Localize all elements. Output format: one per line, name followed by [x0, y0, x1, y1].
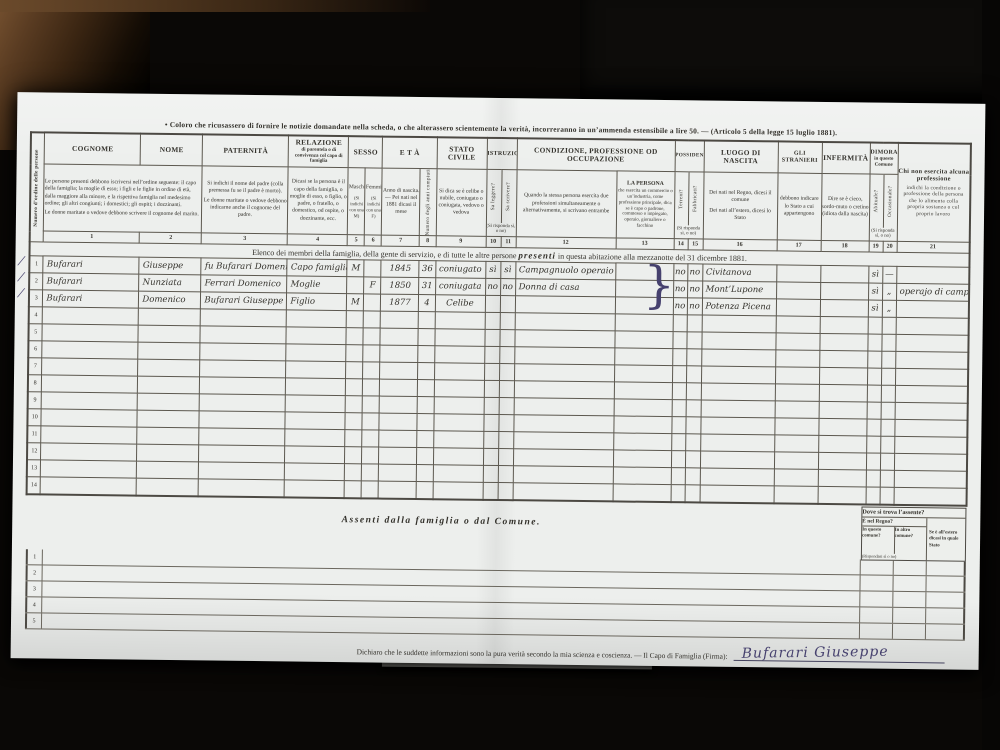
cell-occasionale: „ — [882, 301, 896, 318]
cell-abituale — [868, 317, 882, 334]
row-number: 2 — [29, 273, 43, 290]
cell-fabbricati — [686, 332, 701, 349]
cell-m — [347, 277, 364, 294]
note-maschio: Maschio (Si indichi con una M) — [348, 168, 366, 236]
column-istruzione: ISTRUZIONE — [487, 138, 517, 170]
cell-cognome — [42, 341, 138, 359]
cell-relazione — [286, 361, 346, 379]
cell-stato — [434, 397, 484, 415]
assenti-row-number: 1 — [26, 550, 43, 565]
column-number: 21 — [897, 242, 970, 254]
dark-folder — [580, 0, 1000, 110]
cell-paternita: Bufarari Giuseppe — [201, 292, 287, 310]
cell-anno: 1845 — [381, 261, 419, 278]
photo-stage: • Coloro che ricusassero di fornire le n… — [0, 0, 1000, 750]
cell-leggere — [484, 364, 499, 381]
cell-straniero — [774, 486, 818, 504]
cell-straniero — [775, 384, 819, 402]
note-relazione: Dicasi se la persona è il capo della fam… — [288, 167, 349, 235]
cell-scrivere — [499, 398, 514, 415]
cell-terreni — [672, 366, 686, 383]
cell-stato — [434, 346, 484, 364]
note-dimora: Abituale? Occasionale? (Si risponda sì, … — [869, 174, 898, 242]
absentee-this-comune: In questo comune? — [862, 527, 894, 554]
cell-anni — [418, 397, 434, 414]
cell-leggere — [483, 432, 498, 449]
cell-nascita: Potenza Picena — [702, 298, 776, 316]
cell-m: M — [347, 294, 364, 311]
cell-m — [345, 464, 362, 481]
cell-infermita — [818, 436, 866, 454]
cell-occasionale — [880, 437, 894, 454]
cell-scrivere — [498, 466, 513, 483]
cell-cond — [513, 483, 613, 502]
row-number: 1 — [29, 256, 43, 273]
cell-occasionale: — — [882, 267, 896, 284]
note-stato-civile: Si dica se è celibe o nubile, coniugato … — [436, 169, 487, 237]
cell-terreni: no — [673, 264, 687, 281]
cell-m — [345, 430, 362, 447]
cell-stato — [434, 363, 484, 381]
absentee-note: (Rispondasi sì o no) — [862, 554, 926, 561]
row-number: 5 — [28, 324, 42, 341]
cell-anni — [417, 465, 433, 482]
cell-fabbricati: no — [687, 264, 702, 281]
cell-persona — [615, 314, 673, 332]
cell-scrivere — [499, 347, 514, 364]
wood-table-edge — [0, 0, 430, 12]
column-nome: NOME — [141, 134, 203, 166]
cell-cognome — [42, 392, 138, 410]
cell-anni — [417, 482, 433, 500]
cell-leggere — [484, 398, 499, 415]
cell-terreni: no — [673, 281, 687, 298]
cell-cond — [513, 415, 613, 433]
cell-abituale — [866, 419, 880, 436]
cell-cognome — [41, 443, 137, 461]
cell-nome — [137, 411, 199, 429]
cell-cognome — [42, 375, 138, 393]
cell-fabbricati — [685, 485, 700, 503]
cell-alimenta — [896, 318, 969, 336]
cell-alimenta — [894, 437, 967, 455]
cell-anno — [379, 464, 417, 481]
cell-abituale — [867, 334, 881, 351]
cell-m — [345, 481, 362, 499]
row-number: 13 — [27, 460, 41, 477]
cell-f — [363, 328, 380, 345]
assenti-row-number: 4 — [25, 598, 42, 613]
cell-nome — [137, 462, 199, 480]
cell-paternita — [200, 326, 286, 344]
cell-leggere — [483, 415, 498, 432]
cell-anni — [418, 380, 434, 397]
column-relazione: RELAZIONE di parentela o di convivenza c… — [289, 135, 349, 167]
cell-cond — [513, 466, 613, 484]
cell-straniero — [774, 452, 818, 470]
assenti-rows: 12345 — [25, 550, 966, 641]
cell-cond — [513, 449, 613, 467]
cell-paternita — [199, 445, 285, 463]
cell-cond: Donna di casa — [515, 279, 615, 297]
cell-fabbricati — [686, 366, 701, 383]
cell-terreni — [672, 383, 686, 400]
cell-anno — [381, 312, 419, 329]
cell-leggere: no — [485, 279, 500, 296]
cell-scrivere — [498, 449, 513, 466]
cell-persona — [613, 416, 671, 434]
cell-m — [346, 328, 363, 345]
cell-cond — [514, 330, 614, 348]
cell-nascita — [701, 383, 775, 401]
cell-terreni — [671, 485, 685, 503]
cell-straniero — [776, 282, 820, 300]
column-number: 14 — [674, 239, 688, 250]
cell-paternita — [200, 343, 286, 361]
cell-occasionale — [881, 335, 895, 352]
column-number: 15 — [688, 239, 703, 250]
cell-persona — [614, 382, 672, 400]
cell-occasionale — [880, 471, 894, 488]
cell-persona — [613, 450, 671, 468]
declaration: Dichiaro che le suddette informazioni so… — [45, 636, 945, 664]
cell-fabbricati — [687, 315, 702, 332]
cell-cond — [514, 398, 614, 416]
column-infermita: INFERMITÀ — [822, 142, 870, 174]
cell-scrivere — [500, 296, 515, 313]
cell-anno: 1850 — [381, 278, 419, 295]
cell-terreni: no — [673, 298, 687, 315]
cell-cognome — [43, 307, 139, 325]
cell-paternita — [199, 428, 285, 446]
cell-cond — [514, 381, 614, 399]
cell-cond — [513, 432, 613, 450]
cell-alimenta — [895, 369, 968, 387]
column-number: 13 — [616, 238, 674, 250]
cell-abituale — [867, 368, 881, 385]
cell-alimenta — [895, 403, 968, 421]
cell-nome — [138, 394, 200, 412]
column-number: 11 — [501, 237, 516, 248]
cell-nascita — [701, 400, 775, 418]
cell-occasionale: „ — [882, 284, 896, 301]
cell-cognome — [41, 477, 137, 496]
note-femmina: Femmina (Si indichi con una F) — [365, 168, 383, 236]
row-number: 4 — [29, 307, 43, 324]
cell-fabbricati — [686, 349, 701, 366]
cell-f — [363, 396, 380, 413]
absentee-location-box: Dove si trova l’assente? È nel Regno? In… — [861, 507, 967, 562]
signature-line: Bufarari Giuseppe — [733, 644, 944, 664]
cell-nascita — [700, 417, 774, 435]
cell-persona — [613, 484, 671, 502]
cell-nascita — [701, 332, 775, 350]
cell-stato — [433, 431, 483, 449]
cell-f — [364, 260, 381, 277]
cell-relazione — [286, 327, 346, 345]
column-eta: E T À — [383, 137, 437, 169]
column-number: 2 — [140, 233, 202, 245]
cell-leggere — [484, 347, 499, 364]
cell-straniero — [775, 333, 819, 351]
cell-occasionale — [881, 403, 895, 420]
cell-nome: Giuseppe — [139, 258, 201, 276]
row-number: 8 — [28, 375, 42, 392]
cell-fabbricati — [685, 434, 700, 451]
cell-abituale — [866, 453, 880, 470]
cell-stato: Celibe — [435, 295, 485, 313]
row-number: 12 — [27, 443, 41, 460]
cell-abituale: sì — [868, 283, 882, 300]
cell-occasionale — [881, 369, 895, 386]
cell-scrivere — [498, 432, 513, 449]
cell-cognome: Bufarari — [43, 256, 139, 274]
assenti-row-number: 3 — [25, 582, 42, 597]
cell-stato — [434, 329, 484, 347]
cell-infermita — [818, 453, 866, 471]
cell-cognome: Bufarari — [43, 273, 139, 291]
cell-leggere — [484, 381, 499, 398]
cell-nascita: Mont’Lupone — [702, 281, 776, 299]
column-number: 17 — [777, 240, 821, 252]
cell-infermita — [819, 334, 867, 352]
cell-relazione — [285, 480, 345, 498]
assenti-section: Assenti dalla famiglia o dal Comune. Dov… — [26, 496, 967, 561]
cell-straniero — [775, 367, 819, 385]
column-number: 5 — [348, 235, 365, 246]
cell-paternita — [200, 360, 286, 378]
cell-f — [363, 379, 380, 396]
cell-straniero — [774, 469, 818, 487]
column-persons-order: Numero d’ordine delle persone — [30, 132, 45, 242]
cell-infermita — [820, 317, 868, 335]
cell-anno — [379, 413, 417, 430]
cell-anno — [379, 481, 417, 499]
row-number: 3 — [29, 290, 43, 307]
cell-infermita — [820, 266, 868, 284]
cell-f — [364, 311, 381, 328]
row-number: 7 — [28, 358, 42, 375]
cell-stato — [434, 380, 484, 398]
cell-nome — [138, 326, 200, 344]
cell-f — [363, 362, 380, 379]
column-luogo-nascita: LUOGO DI NASCITA — [704, 140, 778, 172]
cell-anno — [380, 379, 418, 396]
cell-alimenta — [894, 488, 967, 506]
column-chi-non-esercita: Chi non esercita alcuna professione indi… — [897, 143, 971, 243]
cell-straniero — [776, 265, 820, 283]
column-paternita: PATERNITÀ — [203, 134, 289, 167]
cell-nascita — [701, 366, 775, 384]
cell-straniero — [774, 418, 818, 436]
cell-fabbricati — [685, 468, 700, 485]
cell-relazione — [285, 463, 345, 481]
cell-occasionale — [880, 488, 894, 506]
cell-terreni — [672, 400, 686, 417]
cell-paternita — [201, 309, 287, 327]
cell-fabbricati: no — [687, 298, 702, 315]
cell-infermita — [818, 419, 866, 437]
cell-anno — [380, 328, 418, 345]
declaration-text: Dichiaro che le suddette informazioni so… — [357, 648, 728, 662]
cell-relazione — [285, 429, 345, 447]
cell-anno — [380, 396, 418, 413]
column-sesso: SESSO — [349, 136, 383, 168]
cell-persona — [614, 365, 672, 383]
cell-stato — [433, 414, 483, 432]
cell-fabbricati: no — [687, 281, 702, 298]
cell-abituale — [867, 385, 881, 402]
note-stranieri: debbono indicare lo Stato a cui apparten… — [777, 173, 822, 241]
cell-infermita — [819, 368, 867, 386]
note-anno-nascita: Anno di nascita. — Pei nati nel 1881 dic… — [382, 168, 421, 236]
cell-alimenta: operajo di campagna — [896, 284, 969, 302]
cell-straniero — [774, 435, 818, 453]
cell-stato — [433, 482, 483, 500]
cell-m: M — [347, 260, 364, 277]
cell-relazione: Capo famiglia — [287, 259, 347, 277]
cell-cognome — [41, 460, 137, 478]
cell-anno — [380, 345, 418, 362]
cell-m — [347, 311, 364, 328]
cell-scrivere — [499, 330, 514, 347]
cell-cond — [515, 313, 615, 331]
cell-terreni — [671, 434, 685, 451]
cell-anni — [418, 329, 434, 346]
cell-terreni — [673, 315, 687, 332]
cell-paternita: fu Bufarari Domenico — [201, 258, 287, 276]
cell-persona — [614, 348, 672, 366]
cell-infermita — [819, 351, 867, 369]
cell-scrivere — [498, 415, 513, 432]
cell-fabbricati — [685, 451, 700, 468]
cell-anni — [418, 363, 434, 380]
cell-paternita — [200, 377, 286, 395]
cell-anni: 36 — [419, 261, 435, 278]
cell-nome — [137, 445, 199, 463]
cell-nome: Nunziata — [139, 275, 201, 293]
cell-leggere — [483, 466, 498, 483]
row-number: 6 — [28, 341, 42, 358]
cell-nascita — [702, 315, 776, 333]
cell-relazione — [286, 344, 346, 362]
cell-relazione — [286, 395, 346, 413]
cell-paternita — [199, 479, 285, 498]
head-of-family-signature: Bufarari Giuseppe — [733, 644, 888, 662]
cell-nascita — [700, 485, 774, 503]
note-anni-compiuti: Numero degli anni compiuti — [420, 169, 437, 237]
cell-cognome: Bufarari — [43, 290, 139, 308]
cell-alimenta — [894, 471, 967, 489]
cell-persona — [613, 433, 671, 451]
cell-alimenta — [896, 301, 969, 319]
cell-f: F — [364, 277, 381, 294]
cell-m — [346, 362, 363, 379]
cell-alimenta — [895, 386, 968, 404]
cell-relazione: Figlio — [287, 293, 347, 311]
cell-anni — [417, 431, 433, 448]
cell-scrivere — [499, 381, 514, 398]
cell-scrivere — [499, 364, 514, 381]
column-number: 8 — [420, 236, 436, 247]
cell-terreni — [671, 417, 685, 434]
cell-occasionale — [881, 386, 895, 403]
cell-stato — [433, 448, 483, 466]
cell-infermita — [820, 300, 868, 318]
cell-terreni — [672, 349, 686, 366]
cell-paternita: Ferrari Domenico — [201, 275, 287, 293]
cell-leggere — [485, 296, 500, 313]
cell-nascita — [700, 468, 774, 486]
handwritten-brace: } — [643, 260, 675, 310]
cell-anni — [417, 414, 433, 431]
absentee-abroad: Se è all’estero dicasi in quale Stato — [927, 519, 966, 561]
cell-terreni — [672, 332, 686, 349]
cell-leggere — [483, 449, 498, 466]
cell-f — [364, 294, 381, 311]
cell-persona — [613, 467, 671, 485]
census-form-sheet: • Coloro che ricusassero di fornire le n… — [11, 92, 986, 670]
row-number: 10 — [27, 409, 41, 426]
cell-paternita — [200, 394, 286, 412]
cell-occasionale — [880, 454, 894, 471]
cell-m — [345, 447, 362, 464]
note-condizione: Quando la stessa persona esercita due pr… — [516, 170, 617, 239]
cell-stato — [433, 465, 483, 483]
cell-nome — [137, 479, 199, 497]
cell-stato: coniugata — [435, 278, 485, 296]
cell-scrivere: no — [500, 279, 515, 296]
column-possidenza: POSSIDENZA — [675, 140, 704, 172]
cell-straniero — [776, 316, 820, 334]
cell-infermita — [818, 487, 866, 505]
note-paternita: Si indichi il nome del padre (colla prem… — [202, 166, 289, 234]
cell-relazione — [287, 310, 347, 328]
cell-abituale: sì — [868, 266, 882, 283]
cell-nome — [137, 428, 199, 446]
cell-terreni — [671, 451, 685, 468]
cell-alimenta — [894, 420, 967, 438]
row-number: 14 — [27, 477, 41, 495]
cell-cognome — [42, 324, 138, 342]
cell-terreni — [671, 468, 685, 485]
cell-relazione: Moglie — [287, 276, 347, 294]
cell-cognome — [41, 409, 137, 427]
margin-tick: ⁄ — [20, 286, 22, 300]
cell-cond — [514, 364, 614, 382]
cell-abituale — [867, 351, 881, 368]
cell-nascita — [701, 349, 775, 367]
cell-relazione — [285, 446, 345, 464]
cell-paternita — [199, 411, 285, 429]
cell-nome: Domenico — [139, 292, 201, 310]
cell-cognome — [41, 426, 137, 444]
cell-cognome — [42, 358, 138, 376]
cell-cond — [515, 296, 615, 314]
cell-occasionale — [881, 352, 895, 369]
cell-infermita — [818, 470, 866, 488]
column-stranieri: GLI STRANIERI — [778, 141, 822, 173]
cell-alimenta — [895, 335, 968, 353]
note-cognome-nome: Le persone presenti debbono iscriversi n… — [44, 164, 203, 233]
cell-m — [346, 379, 363, 396]
cell-alimenta — [894, 454, 967, 472]
column-number: 9 — [436, 236, 486, 248]
column-number: 18 — [821, 241, 869, 253]
note-luogo-nascita: Dei nati nel Regno, dicesi il comune Dei… — [703, 172, 778, 240]
cell-abituale — [866, 487, 880, 505]
cell-abituale — [866, 436, 880, 453]
